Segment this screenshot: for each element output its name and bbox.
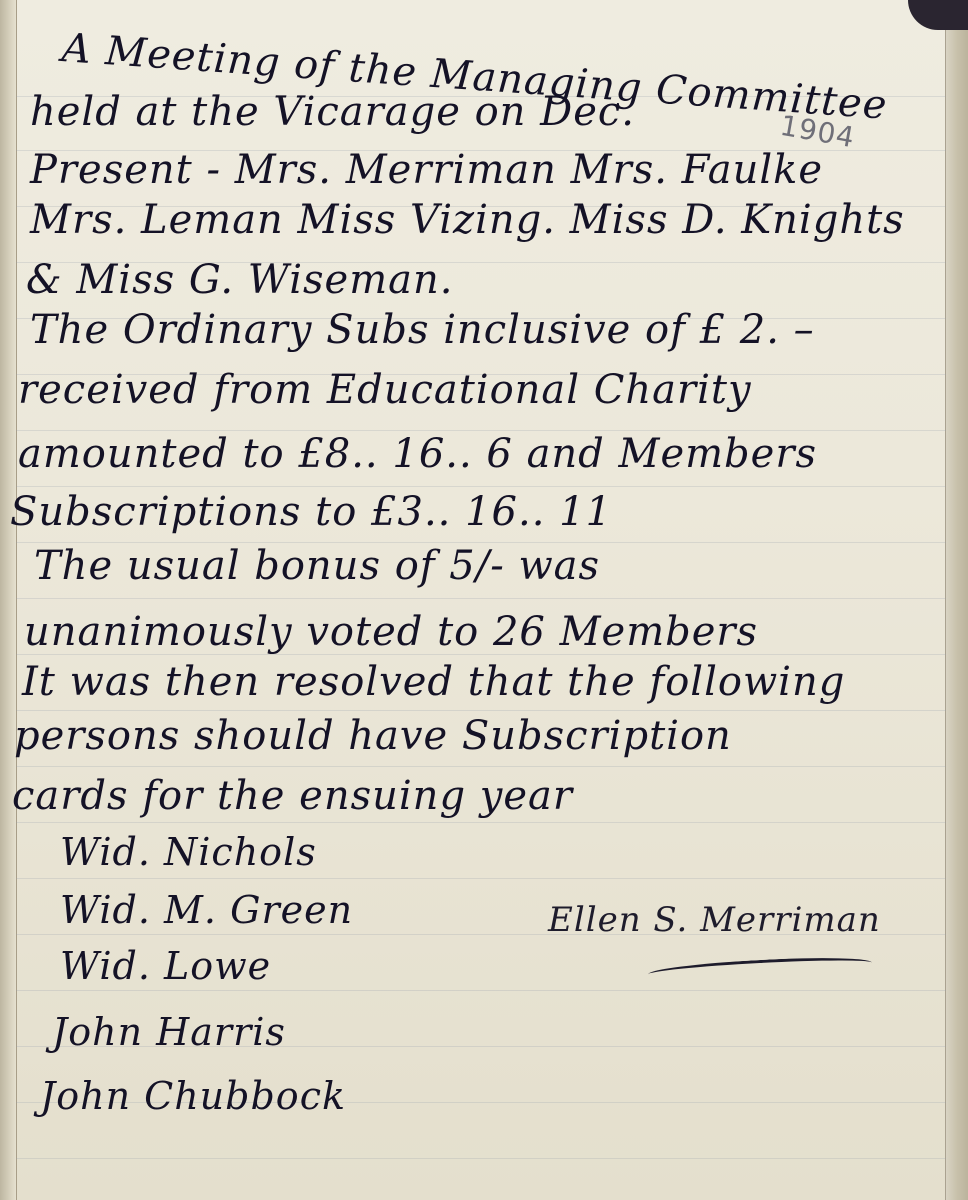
name-entry: John Chubbock	[40, 1074, 346, 1118]
minute-line-2: held at the Vicarage on Dec.	[30, 88, 635, 136]
minute-line-5: & Miss G. Wiseman.	[26, 256, 453, 304]
minute-line-4: Mrs. Leman Miss Vizing. Miss D. Knights	[30, 196, 905, 244]
minute-line-13: persons should have Subscription	[14, 712, 732, 760]
minute-line-12: It was then resolved that the following	[22, 658, 845, 706]
minute-line-6: The Ordinary Subs inclusive of £ 2. –	[30, 306, 815, 354]
name-entry: Wid. M. Green	[60, 888, 353, 932]
name-entry: Wid. Nichols	[60, 830, 317, 874]
ruled-line	[16, 878, 946, 879]
signature-underline	[648, 954, 873, 983]
ruled-line	[16, 1158, 946, 1159]
book-cover-corner	[908, 0, 968, 30]
minute-line-7: received from Educational Charity	[18, 366, 752, 414]
name-entry: Wid. Lowe	[60, 944, 271, 988]
minute-line-3: Present - Mrs. Merriman Mrs. Faulke	[30, 146, 823, 194]
minute-line-11: unanimously voted to 26 Members	[24, 608, 758, 656]
minute-line-10: The usual bonus of 5/- was	[34, 542, 600, 590]
ruled-line	[16, 710, 946, 711]
ruled-line	[16, 486, 946, 487]
ruled-line	[16, 598, 946, 599]
minute-line-14: cards for the ensuing year	[12, 772, 573, 820]
book-binding	[0, 0, 17, 1200]
name-entry: John Harris	[52, 1010, 286, 1054]
page-edges	[945, 30, 968, 1200]
ruled-line	[16, 766, 946, 767]
ruled-line	[16, 990, 946, 991]
minute-line-9: Subscriptions to £3.. 16.. 11	[10, 488, 612, 536]
minute-line-8: amounted to £8.. 16.. 6 and Members	[18, 430, 817, 478]
ruled-line	[16, 822, 946, 823]
minute-book-page: A Meeting of the Managing Committee held…	[0, 0, 968, 1200]
signature: Ellen S. Merriman	[548, 900, 881, 940]
